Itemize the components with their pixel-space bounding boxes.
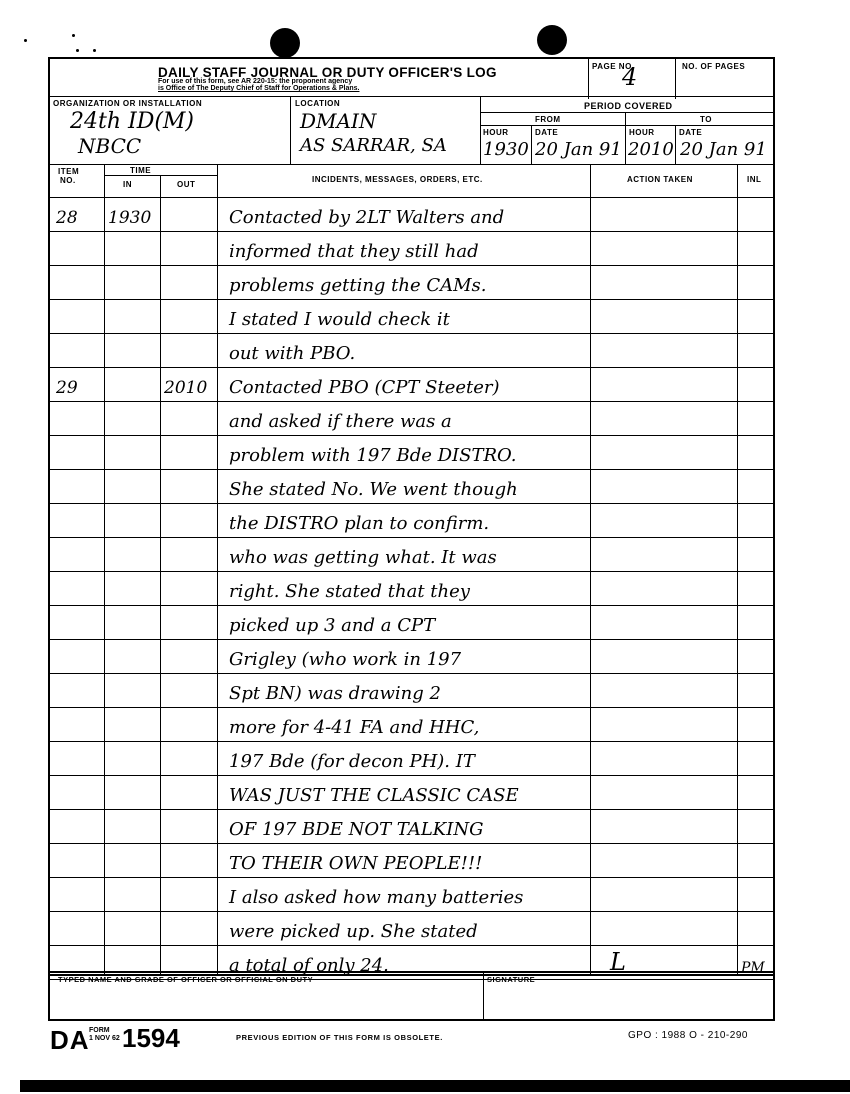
incident-text-cell-value: more for 4-41 FA and HHC, [229, 717, 479, 738]
divider [290, 96, 291, 164]
organization-label: ORGANIZATION OR INSTALLATION [53, 99, 202, 108]
time-in-cell[interactable] [104, 232, 160, 266]
time-out-cell[interactable] [160, 266, 217, 300]
action-taken-cell[interactable] [590, 674, 737, 708]
action-taken-cell[interactable] [590, 402, 737, 436]
incident-text-cell-value: WAS JUST THE CLASSIC CASE [229, 785, 519, 806]
time-in-cell-value: 1930 [108, 208, 151, 228]
initials-cell[interactable] [737, 572, 773, 606]
divider [675, 59, 676, 99]
to-date-field[interactable]: 20 Jan 91 [680, 139, 767, 160]
action-taken-cell[interactable] [590, 742, 737, 776]
time-out-cell[interactable] [160, 708, 217, 742]
incident-text-cell-value: informed that they still had [229, 241, 479, 262]
table-row: TO THEIR OWN PEOPLE!!! [50, 844, 773, 878]
form-subtitle-line2: is Office of The Deputy Chief of Staff f… [158, 85, 359, 92]
incident-text-cell[interactable]: TO THEIR OWN PEOPLE!!! [217, 844, 590, 878]
time-in-cell[interactable] [104, 878, 160, 912]
item-no-cell[interactable] [50, 606, 104, 640]
table-row: WAS JUST THE CLASSIC CASE [50, 776, 773, 810]
from-label: FROM [535, 115, 561, 124]
table-row: the DISTRO plan to confirm. [50, 504, 773, 538]
initials-cell[interactable] [737, 878, 773, 912]
incident-text-cell[interactable]: Contacted by 2LT Walters and [217, 198, 590, 232]
previous-edition-notice: PREVIOUS EDITION OF THIS FORM IS OBSOLET… [236, 1033, 443, 1042]
item-no-cell[interactable] [50, 572, 104, 606]
item-no-cell[interactable] [50, 708, 104, 742]
item-no-cell[interactable] [50, 504, 104, 538]
incident-text-cell[interactable]: right. She stated that they [217, 572, 590, 606]
table-row: OF 197 BDE NOT TALKING [50, 810, 773, 844]
binder-hole-left [270, 28, 300, 58]
time-in-cell[interactable] [104, 402, 160, 436]
time-in-cell[interactable] [104, 844, 160, 878]
action-taken-cell[interactable] [590, 878, 737, 912]
incident-text-cell-value: and asked if there was a [229, 411, 452, 432]
initials-cell[interactable] [737, 470, 773, 504]
incident-text-cell-value: right. She stated that they [229, 581, 470, 602]
initials-cell[interactable] [737, 198, 773, 232]
incident-text-cell[interactable]: WAS JUST THE CLASSIC CASE [217, 776, 590, 810]
scan-speck [76, 49, 79, 52]
table-row: Spt BN) was drawing 2 [50, 674, 773, 708]
table-row: who was getting what. It was [50, 538, 773, 572]
action-taken-cell[interactable] [590, 198, 737, 232]
item-no-header-line1: ITEM [58, 167, 79, 176]
inl-header: INL [747, 175, 761, 184]
item-no-cell[interactable] [50, 470, 104, 504]
initials-cell[interactable] [737, 742, 773, 776]
time-out-cell[interactable] [160, 300, 217, 334]
table-row: problems getting the CAMs. [50, 266, 773, 300]
initials-cell[interactable] [737, 232, 773, 266]
item-no-cell[interactable] [50, 436, 104, 470]
item-no-cell[interactable] [50, 878, 104, 912]
table-row: and asked if there was a [50, 402, 773, 436]
incident-text-cell-value: problem with 197 Bde DISTRO. [229, 445, 516, 466]
typed-name-label: TYPED NAME AND GRADE OF OFFICER OR OFFIC… [58, 975, 313, 984]
item-no-cell[interactable] [50, 232, 104, 266]
incident-text-cell-value: Contacted by 2LT Walters and [229, 207, 504, 228]
incident-text-cell[interactable]: were picked up. She stated [217, 912, 590, 946]
table-row: 197 Bde (for decon PH). IT [50, 742, 773, 776]
time-out-cell[interactable] [160, 504, 217, 538]
time-out-cell[interactable] [160, 436, 217, 470]
to-hour-label: HOUR [629, 128, 655, 137]
action-taken-cell[interactable] [590, 470, 737, 504]
time-in-cell[interactable] [104, 810, 160, 844]
time-in-cell[interactable] [104, 912, 160, 946]
time-out-cell[interactable] [160, 572, 217, 606]
table-row: Grigley (who work in 197 [50, 640, 773, 674]
table-row: I also asked how many batteries [50, 878, 773, 912]
time-header: TIME [130, 166, 151, 175]
incident-text-cell[interactable]: She stated No. We went though [217, 470, 590, 504]
scan-edge-bar [20, 1080, 850, 1092]
time-in-cell[interactable] [104, 266, 160, 300]
incident-text-cell-value: the DISTRO plan to confirm. [229, 513, 489, 534]
incident-text-cell[interactable]: picked up 3 and a CPT [217, 606, 590, 640]
time-out-cell[interactable] [160, 538, 217, 572]
table-row: picked up 3 and a CPT [50, 606, 773, 640]
incident-text-cell-value: 197 Bde (for decon PH). IT [229, 751, 475, 772]
time-in-cell[interactable] [104, 640, 160, 674]
time-out-cell[interactable] [160, 606, 217, 640]
initials-cell[interactable] [737, 504, 773, 538]
location-field-line1[interactable]: DMAIN [300, 109, 376, 133]
initials-cell[interactable] [737, 810, 773, 844]
table-row: 292010Contacted PBO (CPT Steeter) [50, 368, 773, 402]
initials-cell[interactable] [737, 300, 773, 334]
incident-text-cell[interactable]: OF 197 BDE NOT TALKING [217, 810, 590, 844]
from-date-field[interactable]: 20 Jan 91 [535, 139, 622, 160]
time-out-cell[interactable] [160, 742, 217, 776]
action-taken-cell[interactable] [590, 776, 737, 810]
action-taken-cell[interactable] [590, 640, 737, 674]
location-field-line2[interactable]: AS SARRAR, SA [300, 135, 447, 156]
incident-text-cell[interactable]: and asked if there was a [217, 402, 590, 436]
incident-text-cell-value: who was getting what. It was [229, 547, 497, 568]
divider [480, 112, 773, 113]
initials-cell[interactable] [737, 708, 773, 742]
no-of-pages-label: NO. OF PAGES [682, 62, 745, 71]
form-da-label: DA [50, 1025, 90, 1056]
initials-cell[interactable] [737, 640, 773, 674]
incident-text-cell-value: picked up 3 and a CPT [229, 615, 435, 636]
item-no-cell[interactable] [50, 538, 104, 572]
time-out-cell[interactable] [160, 334, 217, 368]
divider [483, 971, 484, 1019]
divider [480, 96, 481, 164]
typed-name-field[interactable] [54, 987, 479, 1015]
item-no-cell[interactable] [50, 776, 104, 810]
initials-cell[interactable] [737, 334, 773, 368]
time-in-header: IN [123, 180, 132, 189]
action-taken-cell[interactable] [590, 572, 737, 606]
time-out-cell[interactable] [160, 776, 217, 810]
time-out-cell[interactable] [160, 844, 217, 878]
incident-text-cell-value: I stated I would check it [229, 309, 450, 330]
time-in-cell[interactable] [104, 300, 160, 334]
initials-cell[interactable] [737, 912, 773, 946]
item-no-cell[interactable] [50, 844, 104, 878]
initials-cell[interactable] [737, 368, 773, 402]
signature-block: TYPED NAME AND GRADE OF OFFICER OR OFFIC… [48, 971, 775, 1021]
divider [480, 125, 773, 126]
to-date-label: DATE [679, 128, 702, 137]
incident-text-cell-value: Spt BN) was drawing 2 [229, 683, 441, 704]
item-no-cell[interactable] [50, 266, 104, 300]
form-label: FORM 1 NOV 62 [89, 1027, 120, 1043]
item-no-cell[interactable] [50, 300, 104, 334]
item-no-cell[interactable]: 29 [50, 368, 104, 402]
initials-cell[interactable] [737, 402, 773, 436]
to-label: TO [700, 115, 712, 124]
table-row: out with PBO. [50, 334, 773, 368]
incident-text-cell[interactable]: problems getting the CAMs. [217, 266, 590, 300]
location-label: LOCATION [295, 99, 340, 108]
organization-field-line2[interactable]: NBCC [78, 134, 141, 158]
incident-text-cell-value: were picked up. She stated [229, 921, 478, 942]
incident-text-cell[interactable]: more for 4-41 FA and HHC, [217, 708, 590, 742]
time-in-cell[interactable] [104, 504, 160, 538]
divider [531, 125, 532, 164]
time-in-cell[interactable] [104, 606, 160, 640]
divider [50, 96, 773, 97]
time-in-cell[interactable] [104, 470, 160, 504]
time-in-cell[interactable] [104, 674, 160, 708]
time-out-cell[interactable] [160, 640, 217, 674]
action-taken-cell[interactable] [590, 300, 737, 334]
time-in-cell[interactable] [104, 708, 160, 742]
action-taken-cell[interactable] [590, 504, 737, 538]
time-in-cell[interactable] [104, 776, 160, 810]
action-taken-cell[interactable] [590, 606, 737, 640]
item-no-cell[interactable] [50, 402, 104, 436]
item-no-cell[interactable] [50, 640, 104, 674]
item-no-cell[interactable] [50, 912, 104, 946]
item-no-cell[interactable] [50, 674, 104, 708]
item-no-cell-value: 28 [56, 208, 78, 228]
action-taken-cell[interactable] [590, 232, 737, 266]
initials-cell[interactable] [737, 266, 773, 300]
time-out-cell[interactable] [160, 232, 217, 266]
incident-text-cell[interactable]: Contacted PBO (CPT Steeter) [217, 368, 590, 402]
scan-speck [24, 39, 27, 42]
time-out-cell[interactable]: 2010 [160, 368, 217, 402]
initials-cell[interactable] [737, 436, 773, 470]
action-taken-header: ACTION TAKEN [627, 175, 693, 184]
signature-field[interactable] [487, 987, 767, 1015]
time-out-cell[interactable] [160, 198, 217, 232]
item-no-cell[interactable] [50, 810, 104, 844]
table-row: more for 4-41 FA and HHC, [50, 708, 773, 742]
time-in-cell[interactable] [104, 368, 160, 402]
time-out-cell[interactable] [160, 674, 217, 708]
time-in-cell[interactable] [104, 436, 160, 470]
table-row: 281930Contacted by 2LT Walters and [50, 198, 773, 232]
page-no-field[interactable]: 4 [622, 63, 637, 91]
action-taken-cell[interactable] [590, 810, 737, 844]
incident-text-cell[interactable]: the DISTRO plan to confirm. [217, 504, 590, 538]
daily-staff-journal-form: DAILY STAFF JOURNAL OR DUTY OFFICER'S LO… [48, 57, 775, 973]
initials-cell[interactable] [737, 674, 773, 708]
action-taken-cell[interactable] [590, 538, 737, 572]
time-out-cell[interactable] [160, 402, 217, 436]
table-row: problem with 197 Bde DISTRO. [50, 436, 773, 470]
time-in-cell[interactable]: 1930 [104, 198, 160, 232]
incident-text-cell[interactable]: 197 Bde (for decon PH). IT [217, 742, 590, 776]
table-row: She stated No. We went though [50, 470, 773, 504]
incident-text-cell-value: She stated No. We went though [229, 479, 518, 500]
table-row: I stated I would check it [50, 300, 773, 334]
divider [50, 164, 773, 165]
from-hour-field[interactable]: 1930 [483, 139, 529, 160]
scan-speck [72, 34, 75, 37]
action-taken-cell[interactable] [590, 436, 737, 470]
incident-text-cell-value: problems getting the CAMs. [229, 275, 487, 296]
from-date-label: DATE [535, 128, 558, 137]
item-no-cell[interactable]: 28 [50, 198, 104, 232]
incident-text-cell[interactable]: Spt BN) was drawing 2 [217, 674, 590, 708]
item-no-cell-value: 29 [56, 378, 78, 398]
incident-text-cell[interactable]: Grigley (who work in 197 [217, 640, 590, 674]
incident-text-cell-value: Grigley (who work in 197 [229, 649, 461, 670]
initials-cell[interactable] [737, 776, 773, 810]
signature-label: SIGNATURE [487, 975, 535, 984]
action-taken-cell[interactable] [590, 912, 737, 946]
incident-text-cell[interactable]: problem with 197 Bde DISTRO. [217, 436, 590, 470]
gpo-code: GPO : 1988 O - 210-290 [628, 1030, 748, 1041]
incident-text-cell-value: out with PBO. [229, 343, 355, 364]
incident-text-cell-value: TO THEIR OWN PEOPLE!!! [229, 853, 482, 874]
initials-cell[interactable] [737, 538, 773, 572]
form-label-line1: FORM [89, 1027, 120, 1035]
time-in-cell[interactable] [104, 742, 160, 776]
initials-cell[interactable] [737, 606, 773, 640]
incidents-header: INCIDENTS, MESSAGES, ORDERS, ETC. [312, 175, 483, 184]
time-in-cell[interactable] [104, 334, 160, 368]
incident-text-cell[interactable]: who was getting what. It was [217, 538, 590, 572]
item-no-cell[interactable] [50, 742, 104, 776]
time-out-cell[interactable] [160, 810, 217, 844]
binder-hole-right [537, 25, 567, 55]
incident-text-cell[interactable]: I stated I would check it [217, 300, 590, 334]
incident-text-cell-value: OF 197 BDE NOT TALKING [229, 819, 483, 840]
incident-text-cell-value: I also asked how many batteries [229, 887, 523, 908]
initials-cell[interactable] [737, 844, 773, 878]
action-taken-cell[interactable] [590, 368, 737, 402]
scan-speck [93, 49, 96, 52]
organization-field-line1[interactable]: 24th ID(M) [70, 109, 194, 134]
form-subtitle-line1: For use of this form, see AR 220-15: the… [158, 78, 359, 85]
to-hour-field[interactable]: 2010 [628, 139, 674, 160]
time-in-cell[interactable] [104, 538, 160, 572]
no-of-pages-field[interactable] [678, 73, 768, 95]
period-covered-label: PERIOD COVERED [584, 101, 673, 111]
form-label-line2: 1 NOV 62 [89, 1035, 120, 1043]
time-out-cell[interactable] [160, 470, 217, 504]
item-no-cell[interactable] [50, 334, 104, 368]
time-out-cell[interactable] [160, 912, 217, 946]
divider [625, 112, 626, 164]
item-no-header-line2: NO. [60, 176, 76, 185]
form-subtitle: For use of this form, see AR 220-15: the… [158, 78, 359, 92]
incident-text-cell[interactable]: out with PBO. [217, 334, 590, 368]
incident-text-cell[interactable]: informed that they still had [217, 232, 590, 266]
table-row: were picked up. She stated [50, 912, 773, 946]
divider [675, 125, 676, 164]
table-row: right. She stated that they [50, 572, 773, 606]
time-out-cell-value: 2010 [164, 378, 207, 398]
from-hour-label: HOUR [483, 128, 509, 137]
form-number: 1594 [122, 1023, 180, 1054]
action-taken-cell[interactable] [590, 266, 737, 300]
time-out-header: OUT [177, 180, 195, 189]
time-out-cell[interactable] [160, 878, 217, 912]
action-taken-cell[interactable] [590, 708, 737, 742]
incident-text-cell[interactable]: I also asked how many batteries [217, 878, 590, 912]
action-taken-cell[interactable] [590, 844, 737, 878]
incident-text-cell-value: Contacted PBO (CPT Steeter) [229, 377, 500, 398]
table-row: informed that they still had [50, 232, 773, 266]
time-in-cell[interactable] [104, 572, 160, 606]
action-taken-cell[interactable] [590, 334, 737, 368]
divider [588, 59, 589, 99]
